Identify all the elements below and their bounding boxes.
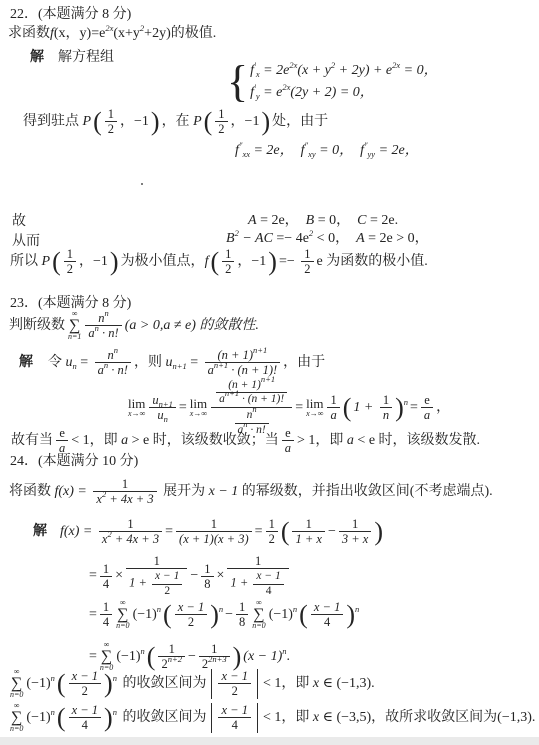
- abs-bar: [257, 669, 258, 699]
- minus: −: [225, 606, 233, 624]
- line-conclusion-22: 所以 P ( 12 ，−1 ) 为极小值点，f ( 12 ，−1 ) =− 12…: [9, 247, 429, 277]
- times: ×: [217, 567, 225, 585]
- text-run: =−: [279, 253, 298, 271]
- solution-22-label-line: 解解方程组: [30, 49, 114, 67]
- line-conclusion-23: 故有当 ea < 1，即 a > e 时，该级数收敛；当 ea > 1，即 a …: [10, 426, 481, 456]
- line-partial-fractions: 解 f(x) = 1x2 + 4x + 3 = 1(x + 1)(x + 3) …: [32, 517, 384, 547]
- fraction: x − 12: [152, 570, 182, 597]
- big-paren: ): [261, 109, 270, 135]
- big-paren: (: [57, 671, 66, 697]
- times: ×: [115, 567, 123, 585]
- line-interval-2: ∞∑n=0 (−1)n ( x − 14 )n 的收敛区间为 x − 14 < …: [8, 702, 536, 733]
- big-paren: ): [151, 109, 160, 135]
- big-paren: (: [343, 395, 352, 421]
- text-run: 将函数 f(x) =: [9, 483, 90, 501]
- eq-expand-1: = 14 × 11 + x − 12 − 18 × 11 + x − 14: [88, 554, 291, 599]
- txt: 解方程组: [58, 50, 114, 65]
- text-run: ，由于: [283, 354, 325, 372]
- big-paren: (: [93, 109, 102, 135]
- fraction: 12: [64, 247, 76, 277]
- fraction: nnan · n!: [85, 311, 121, 341]
- big-paren: (: [210, 249, 219, 275]
- minus: −: [188, 648, 196, 666]
- text-run: 为极小值点，f: [121, 253, 209, 271]
- equals: =: [295, 399, 303, 417]
- summation: ∞∑n=0: [10, 668, 23, 699]
- line-stationary-point: 得到驻点 P ( 12 ，−1 ) ，在 P ( 12 ，−1 ) 处，由于: [22, 107, 329, 137]
- text-run: 所以 P: [10, 253, 50, 271]
- big-paren: (: [204, 109, 213, 135]
- text-run: ，−1: [120, 113, 149, 131]
- equals: =: [89, 606, 97, 624]
- abs-bar: [211, 669, 212, 699]
- text-run: 求函数f(x，y)=e2x(x+y2+2y)的极值.: [8, 26, 216, 41]
- text-run: ，则 un+1 =: [134, 354, 202, 372]
- fraction: 1x2 + 4x + 3: [93, 477, 156, 507]
- problem-24-heading: 24．(本题满分 10 分): [10, 453, 138, 471]
- fraction: ea: [56, 426, 68, 456]
- fraction: 1a: [327, 393, 339, 423]
- big-paren: ): [374, 519, 383, 545]
- big-paren: (: [147, 644, 156, 670]
- fraction: un+1un: [149, 393, 176, 423]
- fraction: 13 + x: [339, 517, 371, 547]
- math-run: 1 +: [353, 399, 376, 417]
- text-run: ，−1: [237, 253, 266, 271]
- math-run: f″xx = 2e， f″xy = 0， f″yy = 2e，: [235, 143, 419, 158]
- fraction: (n + 1)n+1an+1 · (n + 1)!: [216, 379, 287, 406]
- line-let-un: 解 令 un = nnan · n! ，则 un+1 = (n + 1)n+1a…: [18, 348, 326, 378]
- fraction: 12: [266, 517, 278, 547]
- abs-bar: [257, 703, 258, 733]
- text-run: 故有当: [11, 432, 53, 450]
- fraction: 14: [100, 562, 112, 592]
- math-run: (−1)n: [269, 606, 297, 624]
- math-run: (−1)n: [26, 709, 54, 727]
- paren-power: )n: [395, 395, 408, 421]
- paren-power: )n: [104, 705, 117, 731]
- text-run: 令 un =: [48, 354, 92, 372]
- txt: 23．(本题满分 8 分): [10, 296, 131, 311]
- problem-23-statement: 判断级数 ∞∑n=1 nnan · n! (a > 0,a ≠ e) 的敛散性.: [8, 310, 260, 341]
- math-run: B2 − AC =− 4e2 < 0， A = 2e > 0，: [226, 231, 429, 246]
- big-paren: ): [268, 249, 277, 275]
- text-run: < 1，即 x ∈ (−1,3).: [263, 675, 375, 693]
- eq-discriminant: B2 − AC =− 4e2 < 0， A = 2e > 0，: [226, 230, 429, 248]
- paren-power: )n: [210, 602, 223, 628]
- equals: =: [179, 399, 187, 417]
- big-paren: (: [281, 519, 290, 545]
- equals: =: [89, 648, 97, 666]
- big-paren: ): [110, 249, 119, 275]
- text-run: < 1，即 x ∈ (−3,5)，故所求收敛区间为(−1,3).: [263, 709, 535, 727]
- fraction: 12: [215, 107, 227, 137]
- text-run: 的收敛区间为: [119, 709, 207, 727]
- math-run: (a > 0,a ≠ e) 的敛散性.: [125, 317, 259, 335]
- math-run: (−1)n: [116, 648, 144, 666]
- text-run: > 1，即 a < e 时，该级数发散.: [297, 432, 480, 450]
- line-gu: 故: [12, 213, 26, 231]
- text-run: < 1，即 a > e 时，该级数收敛；当: [71, 432, 279, 450]
- problem-24-statement: 将函数 f(x) = 1x2 + 4x + 3 展开为 x − 1 的幂级数，并…: [8, 477, 494, 507]
- summation: ∞∑n=1: [68, 310, 81, 341]
- math-run: (−1)n: [133, 606, 161, 624]
- text-run: ，−1: [231, 113, 260, 131]
- big-fraction: 11 + x − 12: [126, 554, 187, 599]
- paren-power: )n: [104, 671, 117, 697]
- line-interval-1: ∞∑n=0 (−1)n ( x − 12 )n 的收敛区间为 x − 12 < …: [8, 668, 376, 699]
- line-second-derivatives: f″xx = 2e， f″xy = 0， f″yy = 2e，: [235, 142, 419, 160]
- minus: −: [190, 567, 198, 585]
- fraction: x − 12: [218, 669, 250, 699]
- equals: =: [165, 523, 173, 541]
- big-paren: (: [52, 249, 61, 275]
- fraction: 12n+2: [158, 642, 185, 672]
- txt: 故: [12, 214, 26, 229]
- fraction: x − 12: [69, 669, 101, 699]
- equals: =: [89, 567, 97, 585]
- fraction: x − 14: [311, 600, 343, 630]
- fraction: 18: [236, 600, 248, 630]
- page-edge-shadow: [0, 737, 539, 745]
- text-run: 处，由于: [272, 113, 328, 131]
- summation: ∞∑n=0: [252, 599, 265, 630]
- system-eq-1: f′x = 2e2x(x + y2 + 2y) + e2x = 0，: [250, 62, 438, 80]
- big-paren: (: [57, 705, 66, 731]
- text-run: e 为函数的极小值.: [317, 253, 428, 271]
- big-paren: (: [299, 602, 308, 628]
- solve-label: 解: [19, 354, 33, 372]
- text-run: 的收敛区间为: [119, 675, 207, 693]
- math-run: (−1)n: [26, 675, 54, 693]
- fraction: 14: [100, 600, 112, 630]
- big-paren: ): [233, 644, 242, 670]
- fraction: ea: [282, 426, 294, 456]
- text-run: 得到驻点 P: [23, 113, 91, 131]
- fraction: 122n+3: [199, 642, 230, 672]
- txt: ，: [436, 399, 450, 417]
- text-run: 判断级数: [9, 317, 65, 335]
- fraction: 18: [201, 562, 213, 592]
- txt: 22．(本题满分 8 分): [10, 7, 131, 22]
- problem-22-statement: 求函数f(x，y)=e2x(x+y2+2y)的极值.: [8, 25, 216, 43]
- minus: −: [328, 523, 336, 541]
- paren-power: )n: [346, 602, 359, 628]
- txt: 24．(本题满分 10 分): [10, 454, 138, 469]
- math-run: A = 2e， B = 0， C = 2e.: [248, 213, 398, 228]
- fraction: 12: [301, 247, 313, 277]
- stray-mark: [141, 183, 143, 185]
- system-eq-2: f′y = e2x(2y + 2) = 0，: [250, 84, 438, 102]
- equals: =: [410, 399, 418, 417]
- document-page: 22．(本题满分 8 分) 求函数f(x，y)=e2x(x+y2+2y)的极值.…: [0, 0, 539, 745]
- fraction: x − 14: [218, 703, 250, 733]
- fraction: 1(x + 1)(x + 3): [176, 517, 252, 547]
- fraction: 11 + x: [292, 517, 324, 547]
- equals: =: [255, 523, 263, 541]
- fraction: nnan · n!: [95, 348, 131, 378]
- fraction: 1n: [380, 393, 392, 423]
- fraction: x − 12: [175, 600, 207, 630]
- problem-22-heading: 22．(本题满分 8 分): [10, 6, 131, 24]
- eq-expand-2: = 14 ∞∑n=0 (−1)n ( x − 12 )n − 18 ∞∑n=0 …: [88, 599, 360, 630]
- text-run: ，在 P: [162, 113, 202, 131]
- solve-label: 解: [30, 50, 44, 65]
- fraction: 1x2 + 4x + 3: [99, 517, 162, 547]
- fraction: 12: [105, 107, 117, 137]
- limit-op: limx→∞: [128, 397, 145, 418]
- summation: ∞∑n=0: [10, 702, 23, 733]
- fraction: x − 14: [253, 570, 283, 597]
- limit-op: limx→∞: [190, 397, 207, 418]
- math-run: f(x) =: [60, 523, 96, 541]
- text-run: ，−1: [79, 253, 108, 271]
- fraction: x − 14: [69, 703, 101, 733]
- system-brace: {: [227, 60, 248, 104]
- text-run: 展开为 x − 1 的幂级数，并指出收敛区间(不考虑端点).: [160, 483, 493, 501]
- abs-bar: [211, 703, 212, 733]
- big-fraction: 11 + x − 14: [227, 554, 288, 599]
- fraction: 12: [222, 247, 234, 277]
- eq-system-22: { f′x = 2e2x(x + y2 + 2y) + e2x = 0， f′y…: [226, 60, 439, 104]
- limit-op: limx→∞: [306, 397, 323, 418]
- big-paren: (: [163, 602, 172, 628]
- fraction: ea: [421, 393, 433, 423]
- eq-abc: A = 2e， B = 0， C = 2e.: [248, 212, 398, 230]
- solve-label: 解: [33, 523, 47, 541]
- summation: ∞∑n=0: [116, 599, 129, 630]
- math-run: (x − 1)n.: [243, 648, 290, 666]
- system-rows: f′x = 2e2x(x + y2 + 2y) + e2x = 0， f′y =…: [250, 62, 438, 102]
